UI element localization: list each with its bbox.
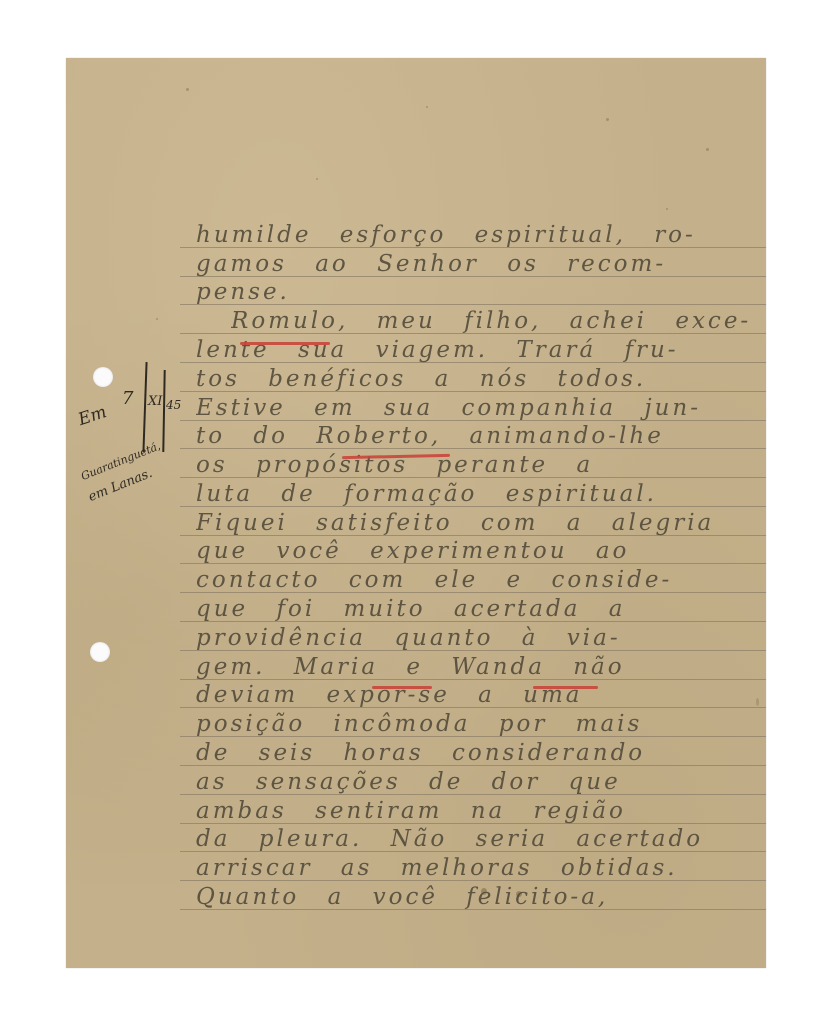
date-divider: [162, 370, 165, 452]
text-line-17: deviam expor-se a uma: [196, 682, 764, 708]
text-line-13: contacto com ele e conside-: [196, 567, 764, 593]
paper-speck: [606, 118, 609, 121]
text-line-10: luta de formação espiritual.: [196, 481, 764, 507]
margin-date-month: XI: [148, 394, 162, 409]
text-line-24: Quanto a você felicito-a,: [196, 884, 764, 910]
margin-date-prefix: Em: [76, 402, 109, 430]
text-line-2: gamos ao Senhor os recom-: [196, 251, 764, 277]
text-line-11: Fiquei satisfeito com a alegria: [196, 510, 764, 536]
underline-wanda: [533, 686, 598, 689]
text-line-7: Estive em sua companhia jun-: [196, 395, 764, 421]
text-line-6: tos benéficos a nós todos.: [196, 366, 764, 392]
text-line-9: os propósitos perante a: [196, 452, 764, 478]
paper-speck: [666, 208, 668, 210]
paper-speck: [316, 178, 318, 180]
text-line-1: humilde esforço espiritual, ro-: [196, 222, 764, 248]
text-line-8: to do Roberto, animando-lhe: [196, 423, 764, 449]
text-line-16: gem. Maria e Wanda não: [196, 654, 764, 680]
underline-romulo: [240, 342, 330, 345]
date-divider: [142, 362, 147, 452]
paper-speck: [706, 148, 709, 151]
underline-maria: [372, 686, 432, 689]
text-line-19: de seis horas considerando: [196, 740, 764, 766]
punch-hole-top: [93, 367, 113, 387]
text-line-5: lente sua viagem. Trará fru-: [196, 337, 764, 363]
text-line-12: que você experimentou ao: [196, 538, 764, 564]
text-line-4: Romulo, meu filho, achei exce-: [231, 308, 799, 334]
text-line-18: posição incômoda por mais: [196, 711, 764, 737]
text-line-22: da pleura. Não seria acertado: [196, 826, 764, 852]
letter-page: humilde esforço espiritual, ro- gamos ao…: [66, 58, 766, 968]
text-line-20: as sensações de dor que: [196, 769, 764, 795]
text-line-23: arriscar as melhoras obtidas.: [196, 855, 764, 881]
text-line-14: que foi muito acertada a: [196, 596, 764, 622]
paper-speck: [156, 318, 158, 320]
punch-hole-bottom: [90, 642, 110, 662]
text-line-3: pense.: [196, 279, 764, 305]
margin-date-day: 7: [122, 388, 133, 409]
text-line-21: ambas sentiram na região: [196, 798, 764, 824]
margin-date-year: 45: [166, 398, 181, 412]
text-line-15: providência quanto à via-: [196, 625, 764, 651]
paper-speck: [186, 88, 189, 91]
paper-speck: [426, 106, 428, 108]
